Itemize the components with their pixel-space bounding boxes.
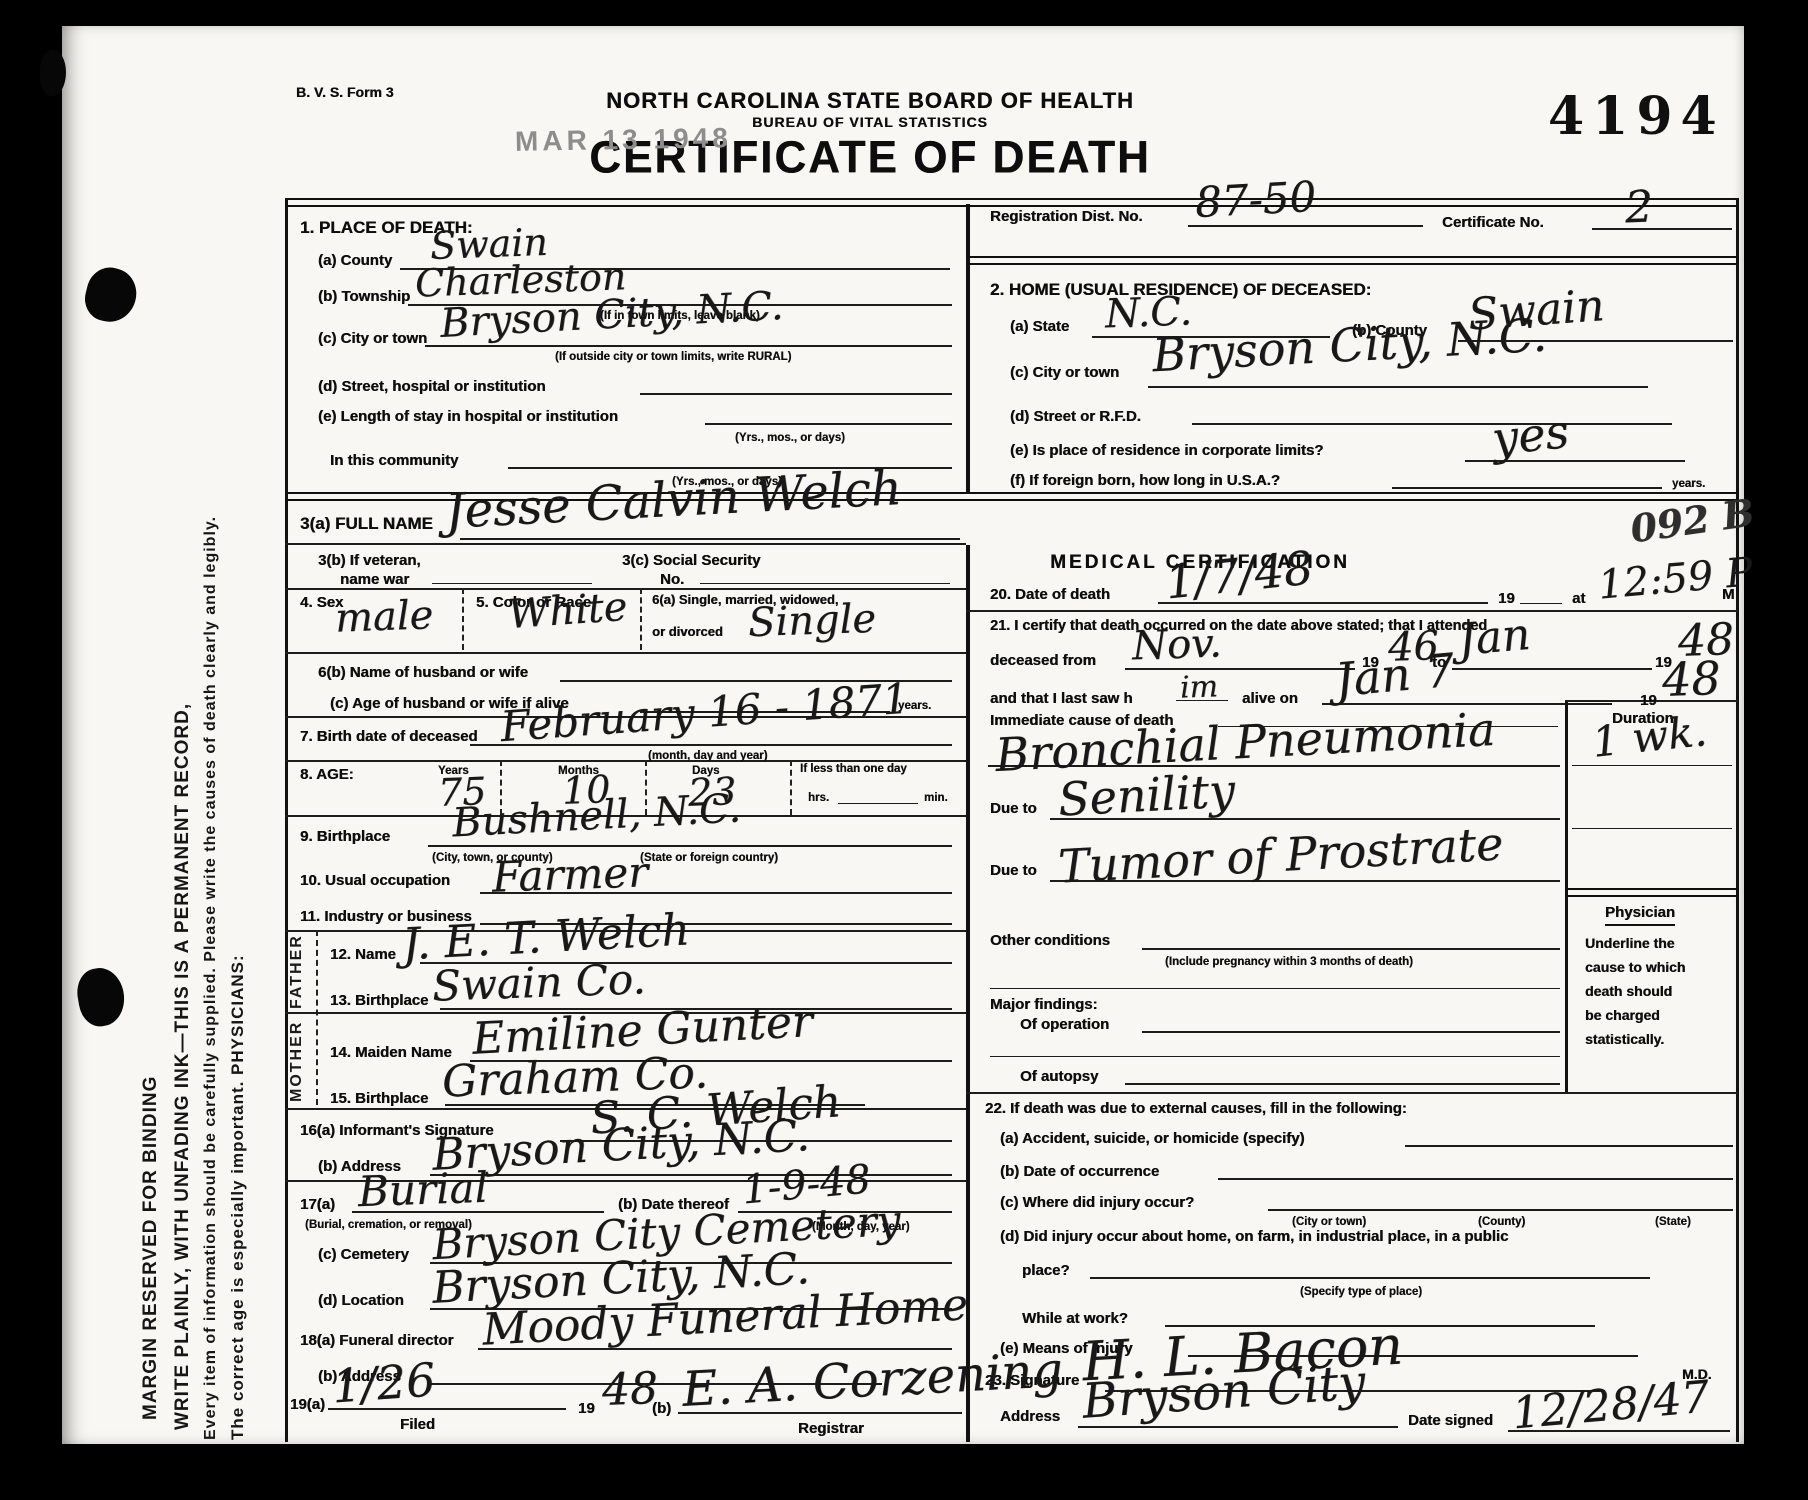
physician-address-label: Address: [1000, 1408, 1060, 1426]
length-of-stay-label: (e) Length of stay in hospital or instit…: [318, 408, 618, 426]
birth-date-note: (month, day and year): [648, 750, 768, 764]
filed-date-value: 1/26: [330, 1352, 437, 1413]
mother-maiden-label: 14. Maiden Name: [330, 1044, 452, 1062]
city-label: (c) City or town: [318, 330, 427, 348]
other-conditions-note: (Include pregnancy within 3 months of de…: [1165, 956, 1413, 970]
alive-year-value: 48: [1661, 651, 1721, 707]
while-at-work-label: While at work?: [1022, 1310, 1128, 1328]
other-conditions-label: Other conditions: [990, 932, 1110, 950]
age-heading: 8. AGE:: [300, 766, 354, 784]
of-operation-label: Of operation: [1020, 1016, 1109, 1034]
length-of-stay-note: (Yrs., mos., or days): [735, 432, 845, 446]
attended-from-label: deceased from: [990, 652, 1096, 670]
external-causes-heading: 22. If death was due to external causes,…: [985, 1100, 1407, 1118]
marital-value: Single: [747, 596, 877, 646]
margin-supplied-text: Every item of information should be care…: [202, 130, 220, 1440]
mother-birthplace-label: 15. Birthplace: [330, 1090, 428, 1108]
registration-district-value: 87-50: [1194, 172, 1317, 227]
home-city-label: (c) City or town: [1010, 364, 1119, 382]
last-saw-him-value: im: [1179, 669, 1218, 705]
injury-where-label: (c) Where did injury occur?: [1000, 1194, 1194, 1212]
age-hrs-label: hrs.: [808, 792, 829, 806]
margin-binding-text: MARGIN RESERVED FOR BINDING: [140, 440, 162, 1420]
disposal-value: Burial: [357, 1163, 489, 1217]
occurrence-date-label: (b) Date of occurrence: [1000, 1163, 1159, 1181]
corporate-limits-label: (e) Is place of residence in corporate l…: [1010, 442, 1323, 460]
filed-19a-label: 19(a): [290, 1396, 325, 1414]
physician-note-3: death should: [1585, 983, 1672, 1000]
occupation-label: 10. Usual occupation: [300, 872, 450, 890]
filed-label: Filed: [400, 1416, 435, 1434]
cemetery-label: (c) Cemetery: [318, 1246, 409, 1264]
alive-on-value: Jan 7: [1333, 643, 1457, 707]
street-label: (d) Street, hospital or institution: [318, 378, 546, 396]
last-saw-label: and that I last saw h: [990, 690, 1133, 708]
location-label: (d) Location: [318, 1292, 404, 1310]
birth-date-label: 7. Birth date of deceased: [300, 728, 478, 746]
filed-19-prefix: 19: [578, 1400, 595, 1418]
ssn-label-2: No.: [660, 571, 684, 589]
certificate-no-label: Certificate No.: [1442, 214, 1544, 232]
received-date-stamp: MAR 13 1948: [515, 122, 732, 158]
registrar-label: Registrar: [798, 1420, 864, 1438]
physician-box-heading: Physician: [1605, 904, 1675, 926]
certificate-no-value: 2: [1624, 182, 1654, 234]
due-to-1-label: Due to: [990, 800, 1037, 818]
veteran-label-2: name war: [340, 571, 409, 589]
to-month-value: Jan: [1456, 609, 1532, 666]
community-label: In this community: [330, 452, 458, 470]
birthplace-note-2: (State or foreign country): [640, 852, 778, 866]
foreign-born-note: years.: [1672, 478, 1705, 492]
age-min-label: min.: [924, 792, 948, 806]
township-label: (b) Township: [318, 288, 410, 306]
physician-note-2: cause to which: [1585, 959, 1685, 976]
registration-district-label: Registration Dist. No.: [990, 208, 1143, 226]
father-name-label: 12. Name: [330, 946, 396, 964]
filed-year-value: 48: [601, 1363, 659, 1416]
funeral-director-label: 18(a) Funeral director: [300, 1332, 453, 1350]
city-note: (If outside city or town limits, write R…: [555, 351, 791, 365]
physician-note-4: be charged: [1585, 1007, 1660, 1024]
margin-age-text: The correct age is especially important.…: [228, 90, 248, 1440]
race-value: White: [507, 584, 629, 638]
corporate-limits-value: yes: [1489, 404, 1571, 466]
date-of-death-at: at: [1572, 590, 1585, 608]
form-right-border: [1736, 198, 1739, 1442]
disposal-label: 17(a): [300, 1196, 335, 1214]
form-number: B. V. S. Form 3: [296, 84, 394, 101]
death-certificate-scan: MARGIN RESERVED FOR BINDING WRITE PLAINL…: [0, 0, 1808, 1500]
form-top-rule: [285, 198, 1738, 207]
foreign-born-label: (f) If foreign born, how long in U.S.A.?: [1010, 472, 1280, 490]
full-name-label: 3(a) FULL NAME: [300, 514, 433, 534]
board-title: NORTH CAROLINA STATE BOARD OF HEALTH: [540, 88, 1200, 114]
physician-note-1: Underline the: [1585, 935, 1674, 952]
due-to-1-value: Senility: [1057, 763, 1237, 826]
accident-label: (a) Accident, suicide, or homicide (spec…: [1000, 1130, 1305, 1148]
sex-value: male: [334, 592, 434, 641]
injury-place-label-2: place?: [1022, 1262, 1070, 1280]
age-less-label: If less than one day: [800, 763, 907, 777]
home-street-label: (d) Street or R.F.D.: [1010, 408, 1141, 426]
father-side-label: FATHER: [288, 933, 306, 1009]
veteran-label-1: 3(b) If veteran,: [318, 552, 421, 570]
date-of-death-label: 20. Date of death: [990, 586, 1110, 604]
county-label: (a) County: [318, 252, 392, 270]
center-divider-upper: [966, 204, 970, 492]
father-birthplace-label: 13. Birthplace: [330, 992, 428, 1010]
home-state-label: (a) State: [1010, 318, 1069, 336]
physician-note-5: statistically.: [1585, 1031, 1664, 1048]
injury-place-label-1: (d) Did injury occur about home, on farm…: [1000, 1228, 1508, 1246]
mother-side-label: MOTHER: [288, 1016, 306, 1102]
occupation-value: Farmer: [491, 847, 649, 901]
birthplace-label: 9. Birthplace: [300, 828, 390, 846]
margin-permanent-text: WRITE PLAINLY, WITH UNFADING INK—THIS IS…: [172, 220, 194, 1430]
of-autopsy-label: Of autopsy: [1020, 1068, 1098, 1086]
alive-19-prefix: 19: [1640, 692, 1657, 710]
registration-rule: [966, 256, 1738, 265]
marital-label-2: or divorced: [652, 624, 723, 640]
spouse-name-label: 6(b) Name of husband or wife: [318, 664, 528, 682]
form-left-border: [285, 198, 288, 1442]
major-findings-label: Major findings:: [990, 996, 1098, 1014]
due-to-2-label: Due to: [990, 862, 1037, 880]
alive-on-label: alive on: [1242, 690, 1298, 708]
ssn-label-1: 3(c) Social Security: [622, 552, 760, 570]
injury-place-note: (Specify type of place): [1300, 1286, 1422, 1300]
injury-state-note: (State): [1655, 1216, 1691, 1230]
date-signed-label: Date signed: [1408, 1412, 1493, 1430]
date-of-death-19: 19: [1498, 590, 1515, 608]
certificate-serial-stamp: 4194: [1548, 86, 1725, 147]
attended-from-value: Nov.: [1131, 620, 1222, 669]
father-birthplace-value: Swain Co.: [431, 954, 646, 1010]
